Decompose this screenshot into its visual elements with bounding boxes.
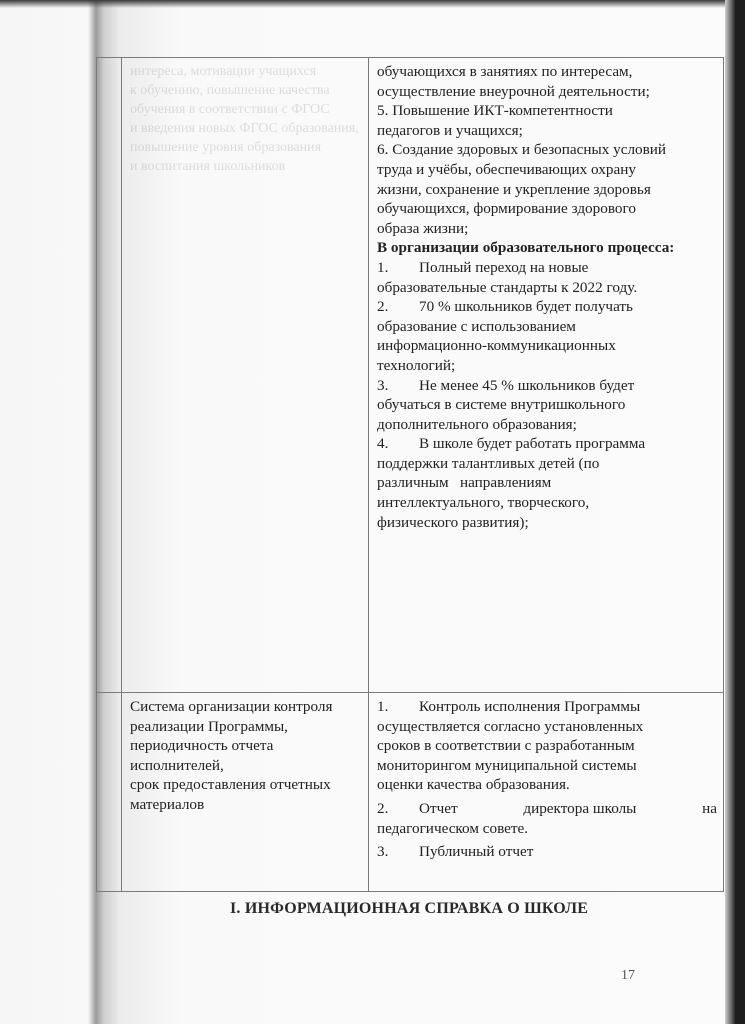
text-line: обучающихся, формирование здорового: [377, 199, 717, 219]
text-line: образа жизни;: [377, 219, 717, 239]
text-line: обучающихся в занятиях по интересам,: [377, 62, 717, 82]
row-content-cell: обучающихся в занятиях по интересам, осу…: [369, 58, 724, 693]
table-row: Система организации контроля реализации …: [97, 693, 724, 892]
text-line: труда и учёбы, обеспечивающих охрану: [377, 160, 717, 180]
text-line: 5. Повышение ИКТ-компетентности: [377, 101, 717, 121]
list-item: 4.В школе будет работать программа подде…: [377, 434, 717, 532]
row-content-cell: 1.Контроль исполнения Программы осуществ…: [369, 693, 724, 892]
row-label-cell: Система организации контроля реализации …: [122, 693, 369, 892]
bleed-through-text: интереса, мотивации учащихся к обучению,…: [130, 62, 362, 176]
row-number-cell: [97, 58, 122, 693]
section-heading: В организации образовательного процесса:: [377, 238, 717, 258]
table-row: интереса, мотивации учащихся к обучению,…: [97, 58, 724, 693]
list-item: 2.Отчет директора школы на педагогическо…: [377, 799, 717, 838]
text-line: жизни, сохранение и укрепление здоровья: [377, 180, 717, 200]
row-number-cell: [97, 693, 122, 892]
page-edge: [725, 0, 735, 1024]
page-number: 17: [621, 968, 635, 984]
text-line: 6. Создание здоровых и безопасных услови…: [377, 140, 717, 160]
scanned-page: интереса, мотивации учащихся к обучению,…: [0, 0, 735, 1024]
list-item: 3.Не менее 45 % школьников будет обучать…: [377, 376, 717, 435]
list-item: 2.70 % школьников будет получать образов…: [377, 297, 717, 375]
scan-shadow: [0, 0, 735, 8]
text-line: педагогов и учащихся;: [377, 121, 717, 141]
section-title: I. ИНФОРМАЦИОННАЯ СПРАВКА О ШКОЛЕ: [230, 900, 588, 918]
program-table: интереса, мотивации учащихся к обучению,…: [96, 57, 724, 892]
list-item: 1.Контроль исполнения Программы осуществ…: [377, 697, 717, 795]
text-line: осуществление внеурочной деятельности;: [377, 82, 717, 102]
list-item: 1.Полный переход на новые образовательны…: [377, 258, 717, 297]
list-item: 3.Публичный отчет: [377, 842, 717, 862]
row-label-cell: интереса, мотивации учащихся к обучению,…: [122, 58, 369, 693]
